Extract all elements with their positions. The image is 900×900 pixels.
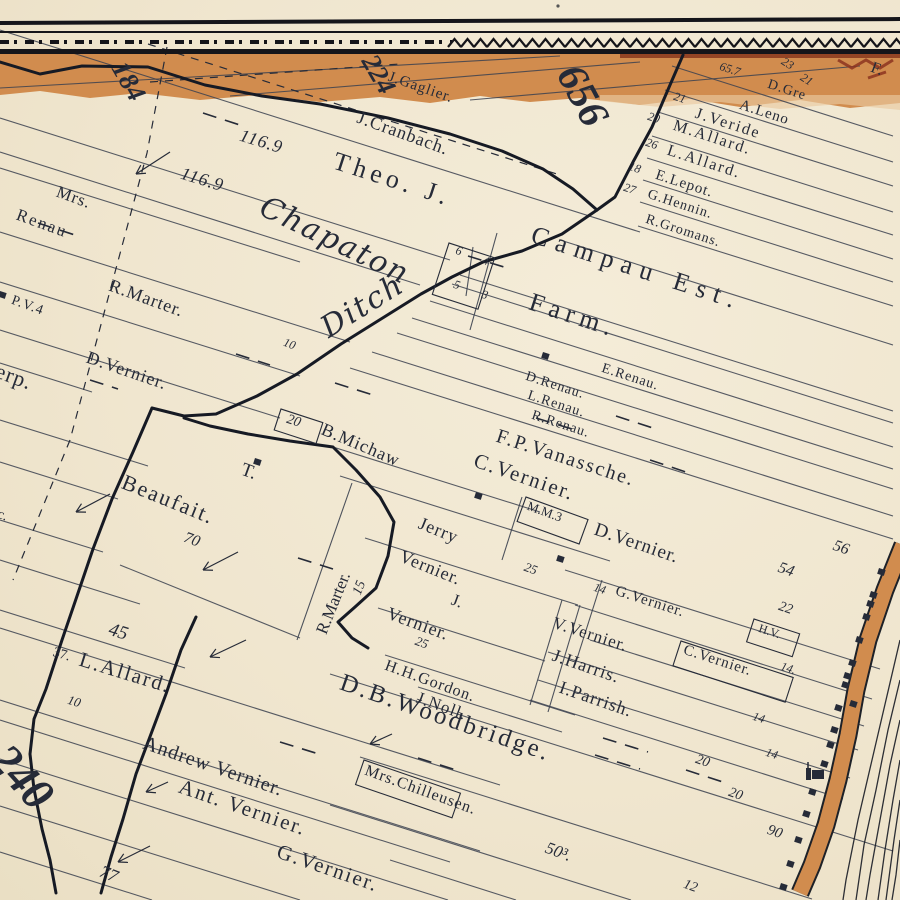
lot-line (452, 284, 893, 423)
survey-arrow (203, 552, 238, 570)
lot-line (548, 652, 858, 750)
lot-line (390, 860, 516, 900)
lot-line (0, 56, 560, 88)
creek-ditch (30, 408, 152, 893)
boundary-dash (335, 383, 373, 395)
lot-line (360, 757, 812, 899)
survey-arrow (76, 494, 110, 512)
lot-line (643, 180, 893, 259)
house-marker (779, 883, 788, 891)
section-dashed-line (13, 47, 167, 580)
house-marker (808, 788, 817, 796)
house-marker (786, 860, 795, 868)
house-marker (802, 810, 811, 818)
boundary-dash (603, 738, 648, 752)
lot-line (120, 565, 300, 638)
paper-speck (556, 4, 559, 7)
lot-line (0, 152, 420, 285)
lot-line (0, 232, 350, 342)
lot-line (0, 720, 450, 862)
lot-line (0, 852, 152, 900)
parcel-box (517, 497, 588, 544)
lot-line (378, 608, 545, 661)
house-marker (830, 726, 839, 734)
shoreline-wave (856, 680, 900, 900)
creek-ditch (0, 62, 597, 210)
lot-line (412, 318, 893, 469)
map-canvas (0, 0, 900, 900)
lot-line (647, 158, 893, 235)
lot-line (350, 368, 893, 539)
lot-line (538, 680, 850, 778)
boundary-dash (536, 418, 572, 429)
lot-line (640, 202, 893, 282)
lot-line (0, 30, 640, 232)
boundary-dash (686, 770, 726, 783)
boundary-dash (650, 460, 692, 474)
lot-line-steep (466, 247, 473, 296)
lot-line (652, 136, 893, 212)
lot-line (0, 628, 500, 785)
boundary-dash (280, 742, 322, 755)
survey-arrowhead (210, 657, 220, 658)
lot-line-steep (575, 580, 602, 665)
lot-line (560, 240, 893, 345)
house-marker (556, 555, 565, 563)
creek-ditch (597, 55, 683, 210)
survey-arrowhead (136, 173, 146, 174)
lot-line (638, 226, 893, 306)
lot-line-steep (470, 233, 497, 330)
lot-line (0, 610, 185, 668)
boundary-dash (236, 354, 270, 365)
lot-line (418, 687, 562, 732)
creek-ditch (101, 617, 196, 893)
creek-ditch (152, 210, 597, 416)
lot-line (0, 806, 300, 900)
house-marker (0, 291, 7, 299)
church-marker (812, 770, 824, 779)
survey-arrow (210, 640, 246, 657)
lot-line (0, 759, 448, 900)
boundary-dash (38, 223, 78, 236)
lot-line (397, 333, 893, 489)
lot-line (372, 352, 893, 516)
plat-map-page: 18422465624077116.9116.9J.Gaglier.J.Cran… (0, 0, 900, 900)
lot-line (0, 168, 300, 262)
boundary-dash (616, 416, 656, 429)
lot-line (460, 275, 893, 411)
lot-line (365, 538, 578, 605)
parcel-box (356, 760, 461, 818)
parcel-box (747, 619, 800, 657)
lot-line (530, 700, 843, 799)
survey-arrowhead (146, 792, 156, 793)
lot-line (0, 520, 103, 552)
lot-line (340, 476, 610, 561)
lot-line (0, 282, 300, 376)
house-marker (253, 458, 262, 466)
lot-line-steep (548, 605, 580, 712)
lot-line (672, 66, 893, 136)
house-marker (834, 704, 843, 712)
boundary-dash (203, 113, 243, 126)
parcel-box (673, 641, 793, 702)
house-marker (794, 836, 803, 844)
church-tower (806, 768, 811, 780)
lot-line-steep (530, 600, 562, 705)
boundary-dash (298, 558, 333, 569)
shore-road (800, 545, 900, 893)
lot-line (0, 560, 140, 604)
lot-line (0, 363, 92, 392)
boundary-dash (595, 755, 640, 769)
boundary-dash (418, 758, 456, 770)
survey-arrowhead (370, 744, 380, 745)
lot-line (0, 462, 118, 499)
lot-line (330, 805, 631, 900)
creek-ditch (184, 418, 394, 648)
house-marker (820, 760, 829, 768)
ink-scribble (868, 72, 886, 78)
boundary-dash (90, 380, 118, 389)
